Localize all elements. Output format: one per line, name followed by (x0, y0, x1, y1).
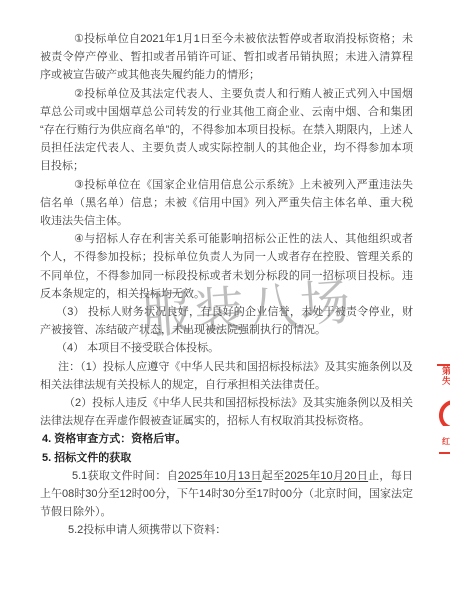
clause-circle-1: ①投标单位自2021年1月1日至今未被依法暂停或者取消投标资格；未被责令停产停业… (40, 30, 413, 85)
clause-circle-3-segment-0: ③投标单位在《国家企业信用信息公示系统》上未被列入严重违法失信名单（黑名单）信息… (40, 179, 413, 227)
red-stamp-text-fragment-icon: 第失 (437, 364, 450, 395)
red-stamp-arc-shape (436, 398, 450, 426)
clause-5-1-segment-0: 5.1获取文件时间：自 (72, 470, 178, 482)
clause-5-1-segment-1: 2025年10月13日 (178, 470, 262, 482)
clause-5-1-segment-3: 2025年10月20日 (284, 470, 368, 482)
note-2-segment-0: （2）投标人违反《中华人民共和国招标投标法》及其实施条例以及相关法律法规存在弄虚… (40, 397, 413, 427)
clause-5-1-segment-2: 起至 (262, 470, 285, 482)
clause-5-2: 5.2投标申请人须携带以下资料： (40, 521, 413, 539)
clause-circle-3: ③投标单位在《国家企业信用信息公示系统》上未被列入严重违法失信名单（黑名单）信息… (40, 176, 413, 231)
heading-section-5-segment-0: 5. 招标文件的获取 (42, 452, 131, 464)
clause-circle-4: ④与招标人存在利害关系可能影响招标公正性的法人、其他组织或者个人，不得参加投标；… (40, 230, 413, 303)
red-stamp-arc-fragment-icon (436, 398, 450, 426)
note-2: （2）投标人违反《中华人民共和国招标投标法》及其实施条例以及相关法律法规存在弄虚… (40, 394, 413, 430)
clause-circle-1-segment-0: ①投标单位自2021年1月1日至今未被依法暂停或者取消投标资格；未被责令停产停业… (40, 33, 413, 81)
document-page: ①投标单位自2021年1月1日至今未被依法暂停或者取消投标资格；未被责令停产停业… (0, 0, 450, 600)
heading-section-4-segment-0: 4. 资格审查方式：资格后审。 (42, 433, 186, 445)
clause-circle-2: ②投标单位及其法定代表人、主要负责人和行贿人被正式列入中国烟草总公司或中国烟草总… (40, 85, 413, 176)
clause-paren-4: （4） 本项目不接受联合体投标。 (40, 339, 413, 357)
clause-paren-3: （3） 投标人财务状况良好，有良好的企业信誉，未处于被责令停业，财产被接管、冻结… (40, 303, 413, 339)
clause-paren-4-segment-0: （4） 本项目不接受联合体投标。 (56, 342, 219, 354)
clause-paren-3-segment-0: （3） 投标人财务状况良好，有良好的企业信誉，未处于被责令停业，财产被接管、冻结… (40, 306, 413, 336)
document-body-text: ①投标单位自2021年1月1日至今未被依法暂停或者取消投标资格；未被责令停产停业… (40, 30, 413, 540)
heading-section-4: 4. 资格审查方式：资格后审。 (40, 430, 413, 448)
clause-circle-4-segment-0: ④与招标人存在利害关系可能影响招标公正性的法人、其他组织或者个人，不得参加投标；… (40, 233, 413, 300)
note-1: 注：（1）投标人应遵守《中华人民共和国招标投标法》及其实施条例以及相关法律法规有… (40, 358, 413, 394)
clause-circle-2-segment-0: ②投标单位及其法定代表人、主要负责人和行贿人被正式列入中国烟草总公司或中国烟草总… (40, 88, 413, 173)
clause-5-1: 5.1获取文件时间：自2025年10月13日起至2025年10月20日止，每日上… (40, 467, 413, 522)
clause-5-2-segment-0: 5.2投标申请人须携带以下资料： (68, 524, 226, 536)
heading-section-5: 5. 招标文件的获取 (40, 449, 413, 467)
red-stamp-small-fragment-icon: 红 (439, 436, 450, 454)
note-1-segment-0: 注：（1）投标人应遵守《中华人民共和国招标投标法》及其实施条例以及相关法律法规有… (40, 361, 413, 391)
